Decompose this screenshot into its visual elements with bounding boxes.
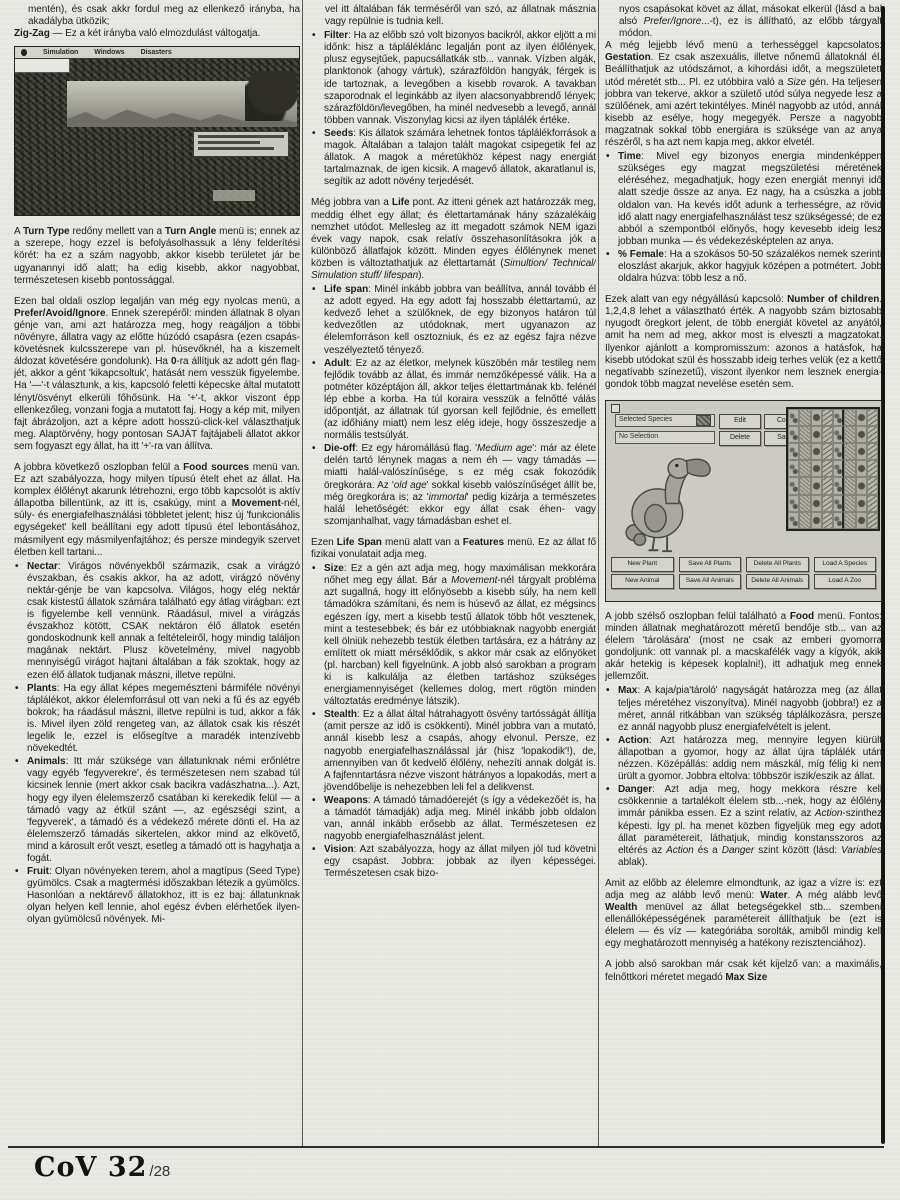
selected-species-field: Selected Species	[615, 414, 715, 427]
paragraph: Ezen Life Span menü alatt van a Features…	[311, 537, 596, 561]
species-grid-cell[interactable]	[822, 477, 833, 494]
species-grid-cell[interactable]	[788, 443, 799, 460]
species-grid-cell[interactable]	[811, 426, 822, 443]
list-item-filter: Filter: Ha az előbb szó volt bizonyos ba…	[311, 30, 596, 127]
species-grid-cell[interactable]	[844, 460, 855, 477]
species-grid-cell[interactable]	[856, 426, 867, 443]
save-all-animals-button[interactable]: Save All Animals	[679, 574, 742, 589]
species-grid-cell[interactable]	[811, 495, 822, 512]
load-a-species-button[interactable]: Load A Species	[814, 557, 877, 572]
species-grid-cell[interactable]	[788, 477, 799, 494]
species-grid-cell[interactable]	[811, 512, 822, 529]
species-grid-cell[interactable]	[833, 409, 844, 426]
paragraph: Zig-Zag — Ez a két irányba való elmozdul…	[14, 28, 300, 40]
animal-button-row: New Animal Save All Animals Delete All A…	[611, 574, 876, 589]
list-item-action: Action: Azt határozza meg, mennyire legy…	[605, 735, 882, 783]
list-item-stealth: Stealth: Ez a állat által hátrahagyott ö…	[311, 709, 596, 794]
species-grid-cell[interactable]	[811, 409, 822, 426]
species-grid-cell[interactable]	[788, 426, 799, 443]
species-grid-cell[interactable]	[799, 409, 810, 426]
menu-item-simulation[interactable]: Simulation	[43, 47, 78, 59]
species-grid-cell[interactable]	[833, 426, 844, 443]
species-grid-cell[interactable]	[867, 477, 878, 494]
species-grid-cell[interactable]	[799, 512, 810, 529]
species-browser-screenshot: Selected Species No Selection Edit Copy …	[605, 400, 882, 602]
list-item-plants: Plants: Ha egy állat képes megemészteni …	[14, 683, 300, 756]
species-grid-cell[interactable]	[856, 495, 867, 512]
menu-item-windows[interactable]: Windows	[94, 47, 124, 59]
species-grid-cell[interactable]	[856, 443, 867, 460]
right-column: nyos csapásokat követ az állat, másokat …	[605, 4, 882, 1144]
left-column: mentén), és csak akkr fordul meg az elle…	[14, 4, 300, 1144]
window-title-fragment	[15, 59, 70, 73]
species-grid-cell[interactable]	[799, 443, 810, 460]
dodo-bird-illustration	[620, 447, 720, 559]
load-a-zoo-button[interactable]: Load A Zoo	[814, 574, 877, 589]
page-number: /28	[149, 1163, 170, 1180]
save-all-plants-button[interactable]: Save All Plants	[679, 557, 742, 572]
plant-button-row: New Plant Save All Plants Delete All Pla…	[611, 557, 876, 572]
species-grid-cell[interactable]	[788, 460, 799, 477]
footer-rule	[8, 1146, 884, 1148]
list-item-nectar: Nectar: Virágos növényekből származik, c…	[14, 561, 300, 682]
list-item-fruit: Fruit: Olyan növényeken terem, ahol a ma…	[14, 866, 300, 926]
species-grid-cell[interactable]	[822, 443, 833, 460]
species-grid-cell[interactable]	[788, 409, 799, 426]
species-grid-cell[interactable]	[822, 512, 833, 529]
new-animal-button[interactable]: New Animal	[611, 574, 674, 589]
species-grid-cell[interactable]	[788, 495, 799, 512]
species-grid-cell[interactable]	[833, 512, 844, 529]
paragraph: nyos csapásokat követ az állat, másokat …	[605, 4, 882, 40]
delete-all-plants-button[interactable]: Delete All Plants	[746, 557, 809, 572]
list-item-female: % Female: Ha a szokásos 50-50 százalékos…	[605, 249, 882, 285]
magazine-logo: CoV 32	[34, 1152, 147, 1183]
paragraph: Ezek alatt van egy négyállású kapcsoló: …	[605, 294, 882, 391]
species-grid-cell[interactable]	[856, 460, 867, 477]
info-text-line	[198, 135, 284, 138]
no-selection-label: No Selection	[619, 431, 658, 443]
tree-silhouette	[245, 71, 297, 121]
paragraph: mentén), és csak akkr fordul meg az elle…	[14, 4, 300, 28]
menu-bar: Simulation Windows Disasters	[15, 47, 299, 59]
species-grid-cell[interactable]	[844, 443, 855, 460]
list-item-adult: Adult: Ez az az életkor, melynek küszöbé…	[311, 358, 596, 443]
simulation-map-screenshot: Simulation Windows Disasters	[14, 46, 300, 216]
delete-button[interactable]: Delete	[719, 431, 761, 446]
list-item-vision: Vision: Azt szabályozza, hogy az állat m…	[311, 844, 596, 880]
species-grid-cell[interactable]	[867, 443, 878, 460]
list-item-animals: Animals: Itt már szüksége van állatunkna…	[14, 756, 300, 865]
species-grid-cell[interactable]	[856, 477, 867, 494]
close-box-icon[interactable]	[611, 404, 620, 413]
edit-button[interactable]: Edit	[719, 414, 761, 429]
paragraph: A jobb szélső oszlopban felül található …	[605, 611, 882, 684]
species-grid-cell[interactable]	[822, 409, 833, 426]
list-item-seeds: Seeds: Kis állatok számára lehetnek font…	[311, 128, 596, 188]
paragraph: Ezen bal oldali oszlop legalján van még …	[14, 296, 300, 453]
no-selection-field: No Selection	[615, 431, 715, 444]
list-item-weapons: Weapons: A támadó támadóerejét (s így a …	[311, 795, 596, 843]
species-grid-cell[interactable]	[867, 426, 878, 443]
species-grid-cell[interactable]	[811, 443, 822, 460]
paragraph: A jobbra következő oszlopban felül a Foo…	[14, 462, 300, 559]
species-grid-cell[interactable]	[833, 495, 844, 512]
paragraph: A Turn Type redőny mellett van a Turn An…	[14, 226, 300, 286]
list-item-max: Max: A kaja/pia'tároló' nagyságát határo…	[605, 685, 882, 733]
species-grid-cell[interactable]	[867, 495, 878, 512]
species-grid-cell[interactable]	[799, 426, 810, 443]
species-grid-cell[interactable]	[856, 512, 867, 529]
selected-species-label: Selected Species	[619, 414, 672, 426]
species-grid-cell[interactable]	[811, 477, 822, 494]
species-thumbnail	[696, 415, 711, 426]
magazine-page: mentén), és csak akkr fordul meg az elle…	[0, 0, 900, 1200]
species-grid-cell[interactable]	[799, 495, 810, 512]
map-info-box	[193, 131, 289, 157]
list-item-time: Time: Mivel egy bizonyos energia mindenk…	[605, 151, 882, 248]
species-grid	[786, 407, 880, 531]
species-grid-cell[interactable]	[856, 409, 867, 426]
paragraph: A még lejjebb lévő menü a terhességgel k…	[605, 40, 882, 149]
species-grid-cell[interactable]	[799, 460, 810, 477]
paragraph: Amit az előbb az élelemre elmondtunk, az…	[605, 878, 882, 951]
species-grid-cell[interactable]	[811, 460, 822, 477]
new-plant-button[interactable]: New Plant	[611, 557, 674, 572]
delete-all-animals-button[interactable]: Delete All Animals	[746, 574, 809, 589]
species-grid-cell[interactable]	[833, 460, 844, 477]
list-item-size: Size: Ez a gén azt adja meg, hogy maximá…	[311, 563, 596, 708]
menu-item-disasters[interactable]: Disasters	[141, 47, 172, 59]
species-grid-cell[interactable]	[833, 477, 844, 494]
species-grid-cell[interactable]	[844, 495, 855, 512]
species-grid-cell[interactable]	[867, 460, 878, 477]
species-grid-cell[interactable]	[799, 477, 810, 494]
species-grid-cell[interactable]	[844, 426, 855, 443]
middle-column: vel itt általában fák terméséről van szó…	[311, 4, 596, 1144]
paragraph: Még jobbra van a Life pont. Az itteni gé…	[311, 197, 596, 282]
column-rule-left	[302, 0, 303, 1146]
apple-logo-icon[interactable]	[21, 49, 27, 56]
species-grid-cell[interactable]	[822, 426, 833, 443]
species-grid-cell[interactable]	[833, 443, 844, 460]
paragraph: vel itt általában fák terméséről van szó…	[311, 4, 596, 28]
species-grid-cell[interactable]	[844, 512, 855, 529]
info-text-line	[198, 147, 274, 150]
species-grid-cell[interactable]	[844, 409, 855, 426]
species-grid-cell[interactable]	[867, 409, 878, 426]
species-grid-cell[interactable]	[822, 460, 833, 477]
species-grid-cell[interactable]	[822, 495, 833, 512]
paragraph: A jobb alsó sarokban már csak két kijelz…	[605, 959, 882, 983]
species-grid-cell[interactable]	[788, 512, 799, 529]
species-grid-cell[interactable]	[867, 512, 878, 529]
column-rule-right	[598, 0, 599, 1146]
page-footer: CoV 32 /28	[34, 1152, 170, 1183]
list-item-danger: Danger: Azt adja meg, hogy mekkora részr…	[605, 784, 882, 869]
list-item-die-off: Die-off: Ez egy háromállású flag. 'Mediu…	[311, 443, 596, 528]
species-grid-cell[interactable]	[844, 477, 855, 494]
info-text-line	[198, 141, 260, 144]
list-item-life-span: Life span: Minél inkább jobbra van beáll…	[311, 284, 596, 357]
map-highlight-patch	[213, 190, 255, 201]
